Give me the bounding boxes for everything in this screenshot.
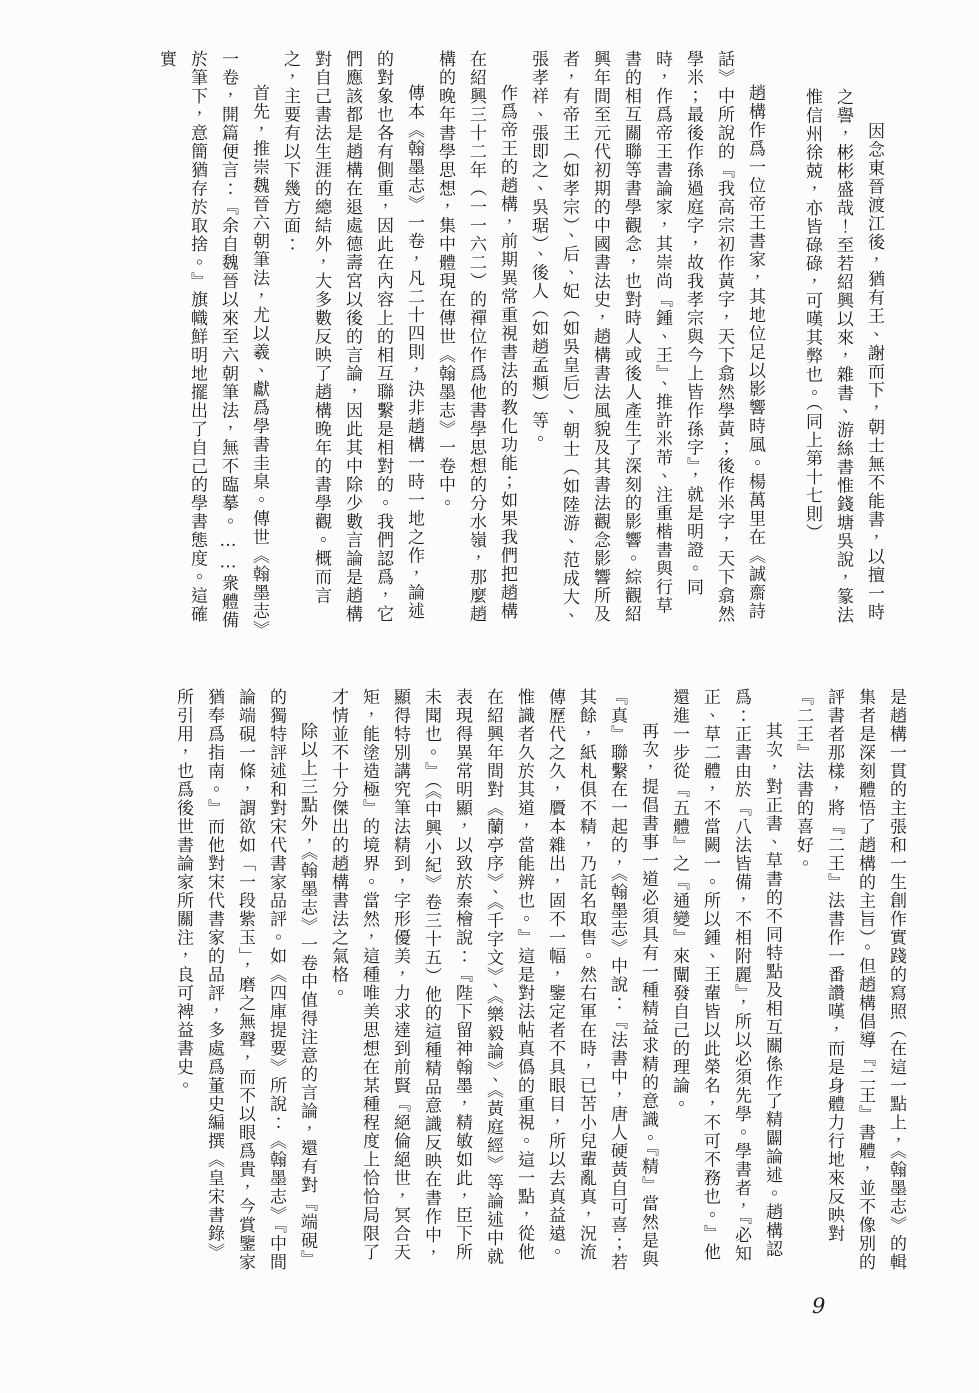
bottom-text-block: 是趙構一貫的主張和一生創作實踐的寫照（在這一點上，《翰墨志》的輯集者是深刻體悟了… <box>141 688 911 1273</box>
block-quote: 因念東晉渡江後，猶有王、謝而下，朝士無不能書，以擅一時之譽，彬彬盛哉！至若紹興以… <box>796 50 889 632</box>
paragraph: 傳本《翰墨志》一卷，凡二十四則，決非趙構一時一地之作，論述的對象也各有側重，因此… <box>274 50 429 632</box>
page-number: 9 <box>812 1294 825 1318</box>
top-text-block: 因念東晉渡江後，猶有王、謝而下，朝士無不能書，以擅一時之譽，彬彬盛哉！至若紹興以… <box>129 50 889 632</box>
paragraph-continuation: 是趙構一貫的主張和一生創作實踐的寫照（在這一點上，《翰墨志》的輯集者是深刻體悟了… <box>787 688 911 1273</box>
paragraph: 趙構作爲一位帝王書家，其地位足以影響時風。楊萬里在《誠齋詩話》中所說的『我高宗初… <box>522 50 770 632</box>
paragraph: 首先，推崇魏晉六朝筆法，尤以羲、獻爲學書圭臬。傳世《翰墨志》一卷，開篇便言：『余… <box>150 50 274 632</box>
paragraph: 除以上三點外，《翰墨志》一卷中值得注意的言論，還有對『端硯』的獨特評述和對宋代書… <box>167 688 322 1273</box>
paragraph: 作爲帝王的趙構，前期異常重視書法的教化功能；如果我們把趙構在紹興三十二年（一一六… <box>429 50 522 632</box>
scanned-book-page: 因念東晉渡江後，猶有王、謝而下，朝士無不能書，以擅一時之譽，彬彬盛哉！至若紹興以… <box>0 0 979 1393</box>
paragraph: 其次，對正書、草書的不同特點及相互關係作了精闢論述。趙構認爲：正書由於『八法皆備… <box>663 688 787 1273</box>
paragraph: 再次，提倡書事一道必須具有一種精益求精的意識。『精』當然是與『真』聯繫在一起的，… <box>322 688 663 1273</box>
